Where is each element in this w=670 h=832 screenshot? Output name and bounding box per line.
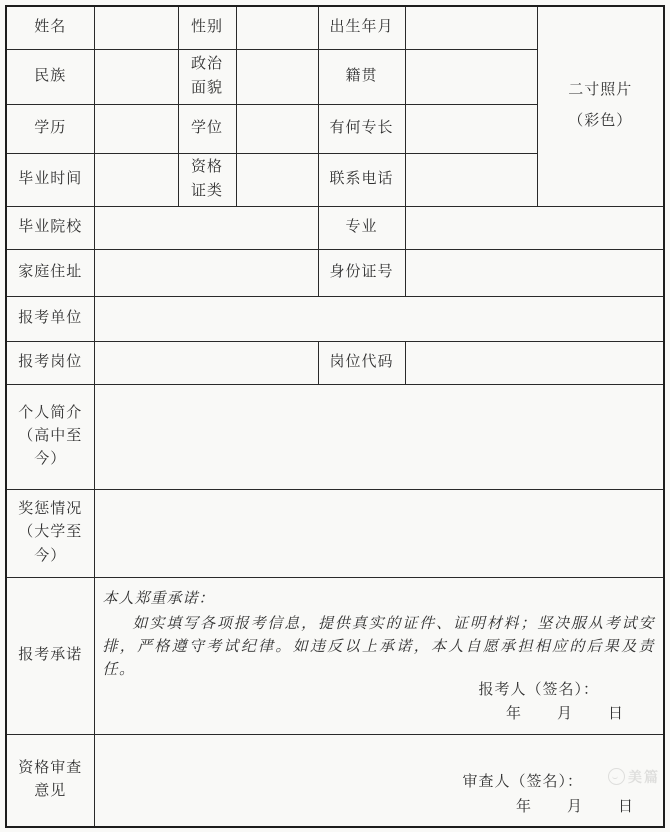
- scanned-form-page: { "fields": { "name": "姓名", "gender": "性…: [0, 0, 670, 832]
- applicant-date-line: 年 月 日: [478, 702, 625, 726]
- reviewer-signature-block: 审查人（签名）： 年 月 日: [462, 770, 635, 820]
- input-awards-punishments[interactable]: [94, 489, 664, 577]
- commitment-heading: 本人郑重承诺：: [103, 587, 656, 611]
- photo-placeholder: 二寸照片 （彩色）: [537, 6, 664, 206]
- commitment-body-text: 如实填写各项报考信息，提供真实的证件、证明材料；坚决服从考试安排，严格遵守考试纪…: [103, 613, 656, 683]
- row-commitment: 报考承诺 本人郑重承诺： 如实填写各项报考信息，提供真实的证件、证明材料；坚决服…: [6, 577, 664, 734]
- label-political-status: 政治 面貌: [178, 49, 236, 104]
- label-commitment: 报考承诺: [6, 577, 94, 734]
- input-phone[interactable]: [405, 153, 537, 206]
- label-education: 学历: [6, 104, 94, 153]
- label-degree: 学位: [178, 104, 236, 153]
- input-gender[interactable]: [236, 6, 318, 49]
- label-home-address: 家庭住址: [6, 249, 94, 296]
- input-ethnicity[interactable]: [94, 49, 178, 104]
- row-name-gender-birth: 姓名 性别 出生年月 二寸照片 （彩色）: [6, 6, 664, 49]
- input-major[interactable]: [405, 206, 664, 249]
- label-native-place: 籍贯: [318, 49, 405, 104]
- label-birth-date: 出生年月: [318, 6, 405, 49]
- input-apply-post[interactable]: [94, 341, 318, 384]
- row-apply-unit: 报考单位: [6, 296, 664, 341]
- input-political-status[interactable]: [236, 49, 318, 104]
- label-apply-post: 报考岗位: [6, 341, 94, 384]
- label-review-opinion: 资格审查 意见: [6, 734, 94, 827]
- label-phone: 联系电话: [318, 153, 405, 206]
- applicant-signature-label: 报考人（签名）：: [478, 678, 625, 702]
- input-home-address[interactable]: [94, 249, 318, 296]
- row-address-id: 家庭住址 身份证号: [6, 249, 664, 296]
- reviewer-signature-label: 审查人（签名）：: [462, 770, 635, 795]
- label-apply-unit: 报考单位: [6, 296, 94, 341]
- input-education[interactable]: [94, 104, 178, 153]
- label-personal-profile: 个人简介 （高中至 今）: [6, 384, 94, 489]
- label-post-code: 岗位代码: [318, 341, 405, 384]
- label-ethnicity: 民族: [6, 49, 94, 104]
- input-apply-unit[interactable]: [94, 296, 664, 341]
- input-graduation-time[interactable]: [94, 153, 178, 206]
- row-school-major: 毕业院校 专业: [6, 206, 664, 249]
- row-awards-punishments: 奖惩情况 （大学至 今）: [6, 489, 664, 577]
- label-specialty: 有何专长: [318, 104, 405, 153]
- commitment-content-cell: 本人郑重承诺： 如实填写各项报考信息，提供真实的证件、证明材料；坚决服从考试安排…: [94, 577, 664, 734]
- label-id-number: 身份证号: [318, 249, 405, 296]
- input-birth-date[interactable]: [405, 6, 537, 49]
- review-content-cell: 美篇 审查人（签名）： 年 月 日: [94, 734, 664, 827]
- input-specialty[interactable]: [405, 104, 537, 153]
- input-graduation-school[interactable]: [94, 206, 318, 249]
- input-id-number[interactable]: [405, 249, 664, 296]
- label-graduation-school: 毕业院校: [6, 206, 94, 249]
- input-name[interactable]: [94, 6, 178, 49]
- row-apply-post-code: 报考岗位 岗位代码: [6, 341, 664, 384]
- label-awards-punishments: 奖惩情况 （大学至 今）: [6, 489, 94, 577]
- label-major: 专业: [318, 206, 405, 249]
- application-form-table: 姓名 性别 出生年月 二寸照片 （彩色） 民族 政治 面貌 籍贯 学历 学位 有…: [5, 5, 665, 828]
- row-personal-profile: 个人简介 （高中至 今）: [6, 384, 664, 489]
- input-personal-profile[interactable]: [94, 384, 664, 489]
- label-certificate-type: 资格 证类: [178, 153, 236, 206]
- input-native-place[interactable]: [405, 49, 537, 104]
- label-gender: 性别: [178, 6, 236, 49]
- input-certificate-type[interactable]: [236, 153, 318, 206]
- input-post-code[interactable]: [405, 341, 664, 384]
- input-degree[interactable]: [236, 104, 318, 153]
- row-review-opinion: 资格审查 意见 美篇 审查人（签名）： 年 月 日: [6, 734, 664, 827]
- label-graduation-time: 毕业时间: [6, 153, 94, 206]
- applicant-signature-block: 报考人（签名）： 年 月 日: [478, 678, 625, 726]
- label-name: 姓名: [6, 6, 94, 49]
- reviewer-date-line: 年 月 日: [462, 795, 635, 820]
